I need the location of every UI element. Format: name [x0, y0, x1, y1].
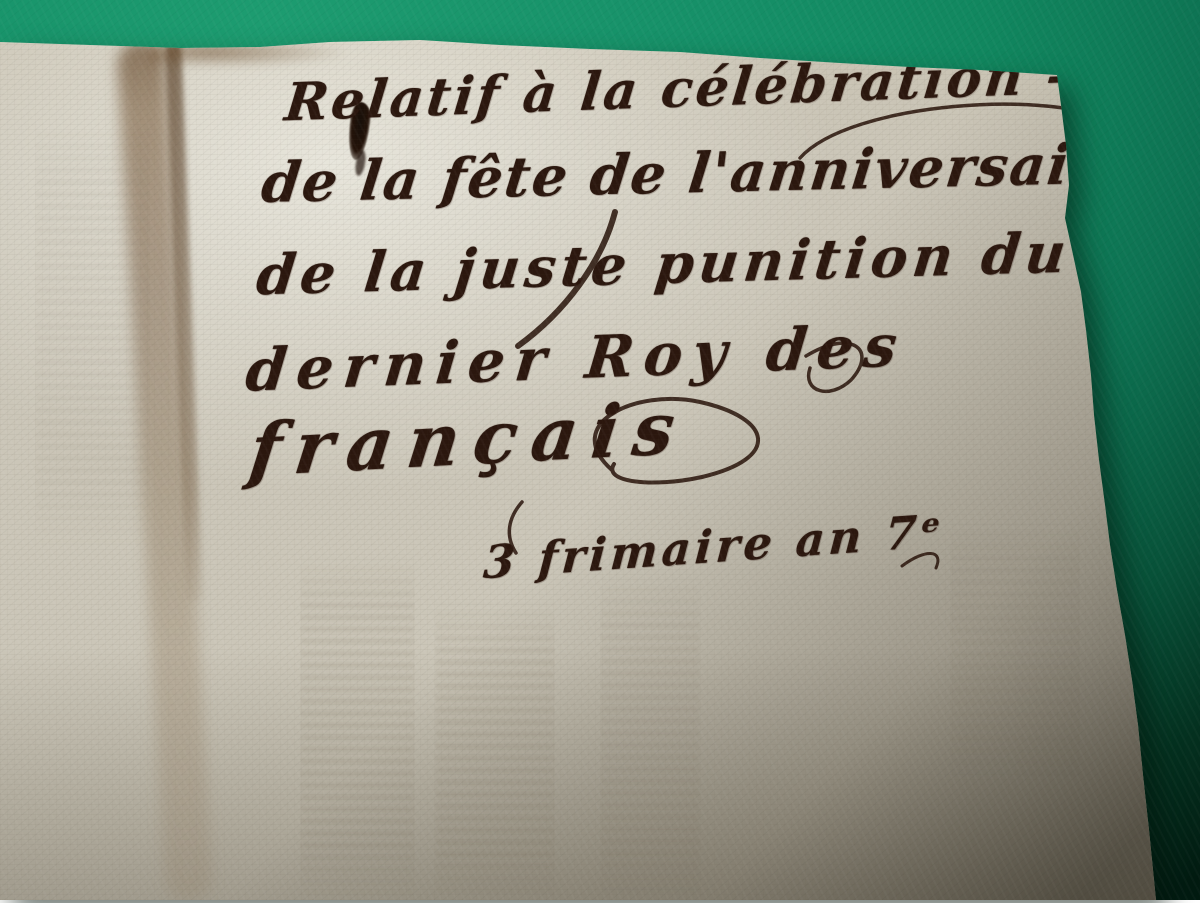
handwriting-line-1: Relatif à la célébration —: [282, 44, 1105, 134]
burn-stain-top: [150, 42, 350, 68]
handwriting-line-2: de la fête de l'anniversaire: [258, 130, 1142, 215]
handwriting-line-3: de la juste punition du: [254, 220, 1075, 308]
handwriting-date-line: 3 frimaire an 7ᵉ: [482, 504, 946, 590]
paper-shadow-wrapper: Relatif à la célébration — de la fête de…: [0, 0, 1200, 900]
green-felt-background: Relatif à la célébration — de la fête de…: [0, 0, 1200, 900]
bleedthrough-texture: [600, 575, 700, 900]
bleedthrough-texture: [435, 600, 555, 900]
manuscript-paper: Relatif à la célébration — de la fête de…: [0, 0, 1200, 900]
bleedthrough-texture: [35, 120, 150, 550]
bleedthrough-texture: [300, 555, 415, 900]
bleedthrough-texture: [950, 520, 1080, 780]
